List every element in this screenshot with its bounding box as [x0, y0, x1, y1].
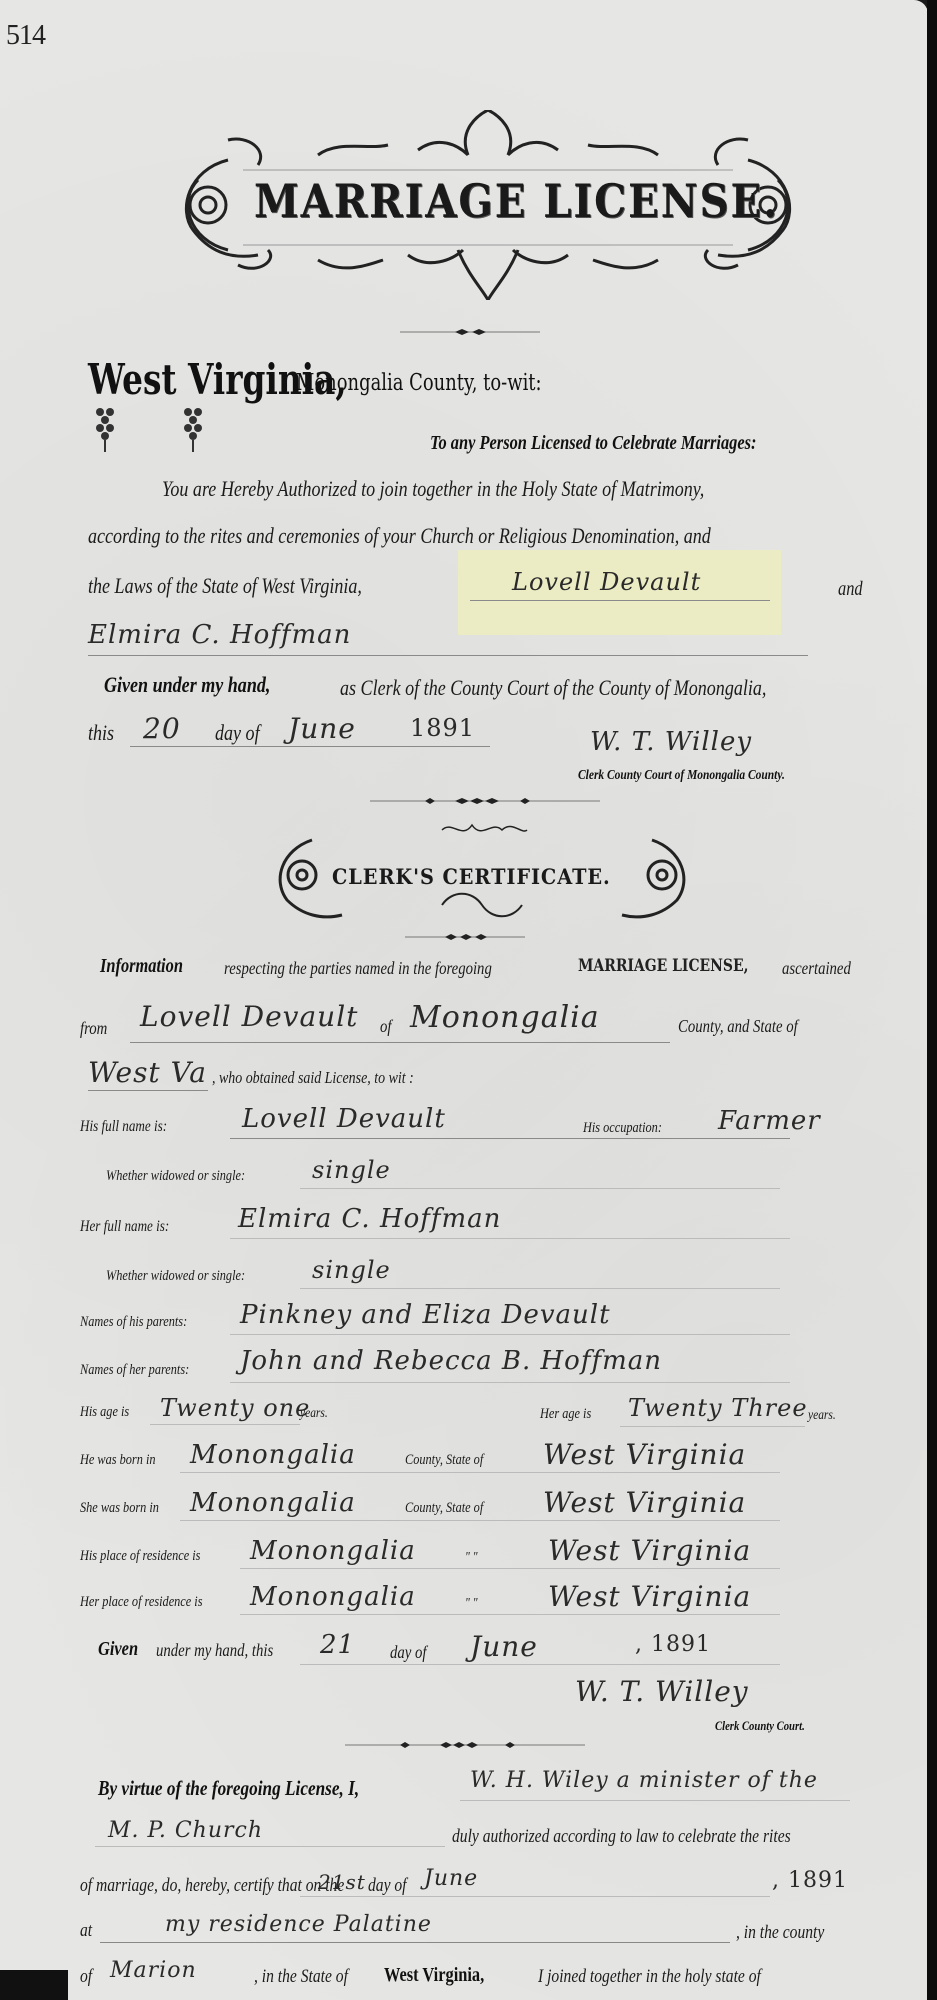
he-county-state-label: County, State of: [405, 1452, 483, 1469]
of-label-2: of: [80, 1966, 92, 1988]
fill-line: [300, 1664, 780, 1665]
of-label: of: [380, 1016, 391, 1037]
fill-line: [230, 1334, 790, 1335]
her-years-label: years.: [808, 1408, 836, 1424]
ceremony-place: my residence Palatine: [165, 1912, 432, 1937]
his-full-name-label: His full name is:: [80, 1118, 167, 1136]
her-age: Twenty Three: [628, 1394, 808, 1422]
her-full-name: Elmira C. Hoffman: [238, 1204, 501, 1234]
clerk-given-bold: Given: [98, 1638, 138, 1661]
license-text-line-1: You are Hereby Authorized to join togeth…: [162, 476, 704, 502]
from-state: West Va: [88, 1056, 207, 1089]
from-label: from: [80, 1018, 107, 1039]
from-county: Monongalia: [410, 1000, 600, 1035]
minister-line-2: duly authorized according to law to cele…: [452, 1826, 791, 1848]
fill-line: [230, 1138, 790, 1139]
her-status-label: Whether widowed or single:: [106, 1268, 245, 1285]
minister-line-5: I joined together in the holy state of: [538, 1966, 761, 1988]
he-born-county: Monongalia: [190, 1440, 356, 1470]
minister-line-3: of marriage, do, hereby, certify that on…: [80, 1875, 344, 1897]
clerk-given-rest: under my hand, this: [156, 1640, 273, 1661]
his-occupation-label: His occupation:: [583, 1120, 662, 1137]
document-title: MARRIAGE LICENSE.: [254, 174, 779, 228]
state-prefix: , in the State of: [254, 1966, 348, 1988]
fill-line: [100, 1942, 730, 1943]
fill-line: [150, 1424, 300, 1425]
her-parents: John and Rebecca B. Hoffman: [240, 1346, 662, 1376]
information-end: ascertained: [782, 958, 851, 979]
fill-line: [300, 1896, 770, 1897]
information-rest: respecting the parties named in the fore…: [224, 958, 492, 979]
her-parents-label: Names of her parents:: [80, 1362, 189, 1379]
his-residence-state: West Virginia: [548, 1534, 751, 1567]
fill-line: [230, 1382, 790, 1383]
addressee-line: To any Person Licensed to Celebrate Marr…: [430, 432, 756, 455]
fill-line: [180, 1472, 780, 1473]
county-heading: Monongalia County, to-wit:: [296, 370, 542, 396]
he-born-label: He was born in: [80, 1452, 156, 1469]
bride-name: Elmira C. Hoffman: [88, 620, 351, 650]
day-of-label: day of: [215, 720, 260, 746]
grape-ornament-icon: [90, 404, 120, 454]
fill-line: [300, 1288, 780, 1289]
ceremony-month: June: [424, 1866, 478, 1891]
she-born-label: She was born in: [80, 1500, 159, 1517]
his-status-label: Whether widowed or single:: [106, 1168, 245, 1185]
fill-line: [88, 1090, 208, 1091]
clerk-cert-title: Clerk County Court.: [715, 1718, 805, 1734]
page-number: 514: [6, 20, 45, 52]
clerk-signature: W. T. Willey: [590, 727, 752, 757]
she-county-state-label: County, State of: [405, 1500, 483, 1517]
fill-line: [130, 1042, 670, 1043]
divider-ornament-icon: [345, 1740, 585, 1750]
license-text-line-3: the Laws of the State of West Virginia,: [88, 573, 362, 599]
fill-line: [95, 1846, 445, 1847]
given-rest: as Clerk of the County Court of the Coun…: [340, 675, 766, 701]
her-residence-label: Her place of residence is: [80, 1594, 203, 1611]
given-bold: Given under my hand,: [104, 672, 270, 698]
her-residence-state: West Virginia: [548, 1580, 751, 1613]
license-month: June: [288, 712, 356, 745]
information-caps: MARRIAGE LICENSE,: [578, 956, 748, 976]
groom-name: Lovell Devault: [512, 568, 701, 596]
fill-line: [180, 1520, 780, 1521]
ceremony-day-of: day of: [368, 1875, 407, 1897]
and-text: and: [838, 578, 863, 601]
his-full-name: Lovell Devault: [242, 1104, 446, 1134]
state-bold: West Virginia,: [384, 1964, 484, 1987]
clerk-given-month: June: [470, 1630, 538, 1663]
fill-line: [88, 655, 808, 656]
fill-line: [470, 600, 770, 601]
his-years-label: years.: [300, 1406, 328, 1422]
his-residence-county: Monongalia: [250, 1536, 416, 1566]
county-state-label: County, and State of: [678, 1016, 798, 1037]
divider-ornament-icon: [405, 932, 525, 942]
his-age: Twenty one: [160, 1394, 310, 1422]
church-name: M. P. Church: [108, 1818, 263, 1843]
scan-corner-shadow: [0, 1970, 68, 2000]
her-residence-county: Monongalia: [250, 1582, 416, 1612]
she-born-county: Monongalia: [190, 1488, 356, 1518]
obtained-label: , who obtained said License, to wit :: [212, 1068, 414, 1088]
information-line: Information: [100, 955, 201, 978]
his-residence-label: His place of residence is: [80, 1548, 200, 1565]
clerk-day-of-label: day of: [390, 1642, 426, 1663]
his-age-label: His age is: [80, 1404, 129, 1421]
clerk-title: Clerk County Court of Monongalia County.: [578, 768, 785, 784]
fill-line: [230, 1238, 790, 1239]
minister-line-1: By virtue of the foregoing License, I,: [98, 1776, 359, 1801]
license-year: 1891: [410, 714, 475, 742]
fill-line: [130, 746, 490, 747]
scan-edge-shadow: [927, 0, 937, 2000]
title-ornament: MARRIAGE LICENSE.: [168, 110, 808, 300]
information-bold: Information: [100, 955, 183, 978]
fill-line: [240, 1614, 780, 1615]
ceremony-county: Marion: [110, 1958, 197, 1983]
this-label: this: [88, 720, 114, 746]
clerk-cert-signature: W. T. Willey: [575, 1675, 749, 1708]
grape-ornament-icon: [178, 404, 208, 454]
document-page: 514: [0, 0, 928, 2000]
license-text-line-2: according to the rites and ceremonies of…: [88, 523, 711, 549]
ceremony-day: 21st: [318, 1870, 366, 1894]
minister-name: W. H. Wiley a minister of the: [470, 1768, 818, 1793]
her-full-name-label: Her full name is:: [80, 1218, 169, 1236]
divider-ornament-icon: [370, 796, 600, 806]
clerk-given-year: , 1891: [635, 1632, 711, 1657]
his-occupation: Farmer: [718, 1106, 821, 1136]
from-name: Lovell Devault: [140, 1000, 358, 1033]
given-line: Given under my hand,: [104, 672, 307, 698]
her-status: single: [312, 1256, 391, 1284]
certificate-ornament: CLERK'S CERTIFICATE.: [272, 820, 692, 930]
ceremony-year: , 1891: [772, 1868, 848, 1893]
his-parents: Pinkney and Eliza Devault: [240, 1300, 611, 1330]
he-born-state: West Virginia: [543, 1438, 746, 1471]
license-day: 20: [143, 712, 181, 745]
her-age-label: Her age is: [540, 1406, 591, 1423]
at-label: at: [80, 1920, 92, 1942]
fill-line: [300, 1188, 780, 1189]
she-born-state: West Virginia: [543, 1486, 746, 1519]
clerk-given-day: 21: [320, 1630, 355, 1660]
divider-ornament-icon: [400, 327, 540, 337]
ditto-mark: " ": [465, 1550, 478, 1566]
his-status: single: [312, 1156, 391, 1184]
county-suffix: , in the county: [736, 1922, 824, 1944]
fill-line: [240, 1568, 780, 1569]
ditto-mark: " ": [465, 1596, 478, 1612]
fill-line: [460, 1800, 850, 1801]
clerk-given-line: Given: [98, 1638, 147, 1661]
his-parents-label: Names of his parents:: [80, 1314, 187, 1331]
fill-line: [620, 1426, 805, 1427]
certificate-title: CLERK'S CERTIFICATE.: [332, 864, 611, 889]
